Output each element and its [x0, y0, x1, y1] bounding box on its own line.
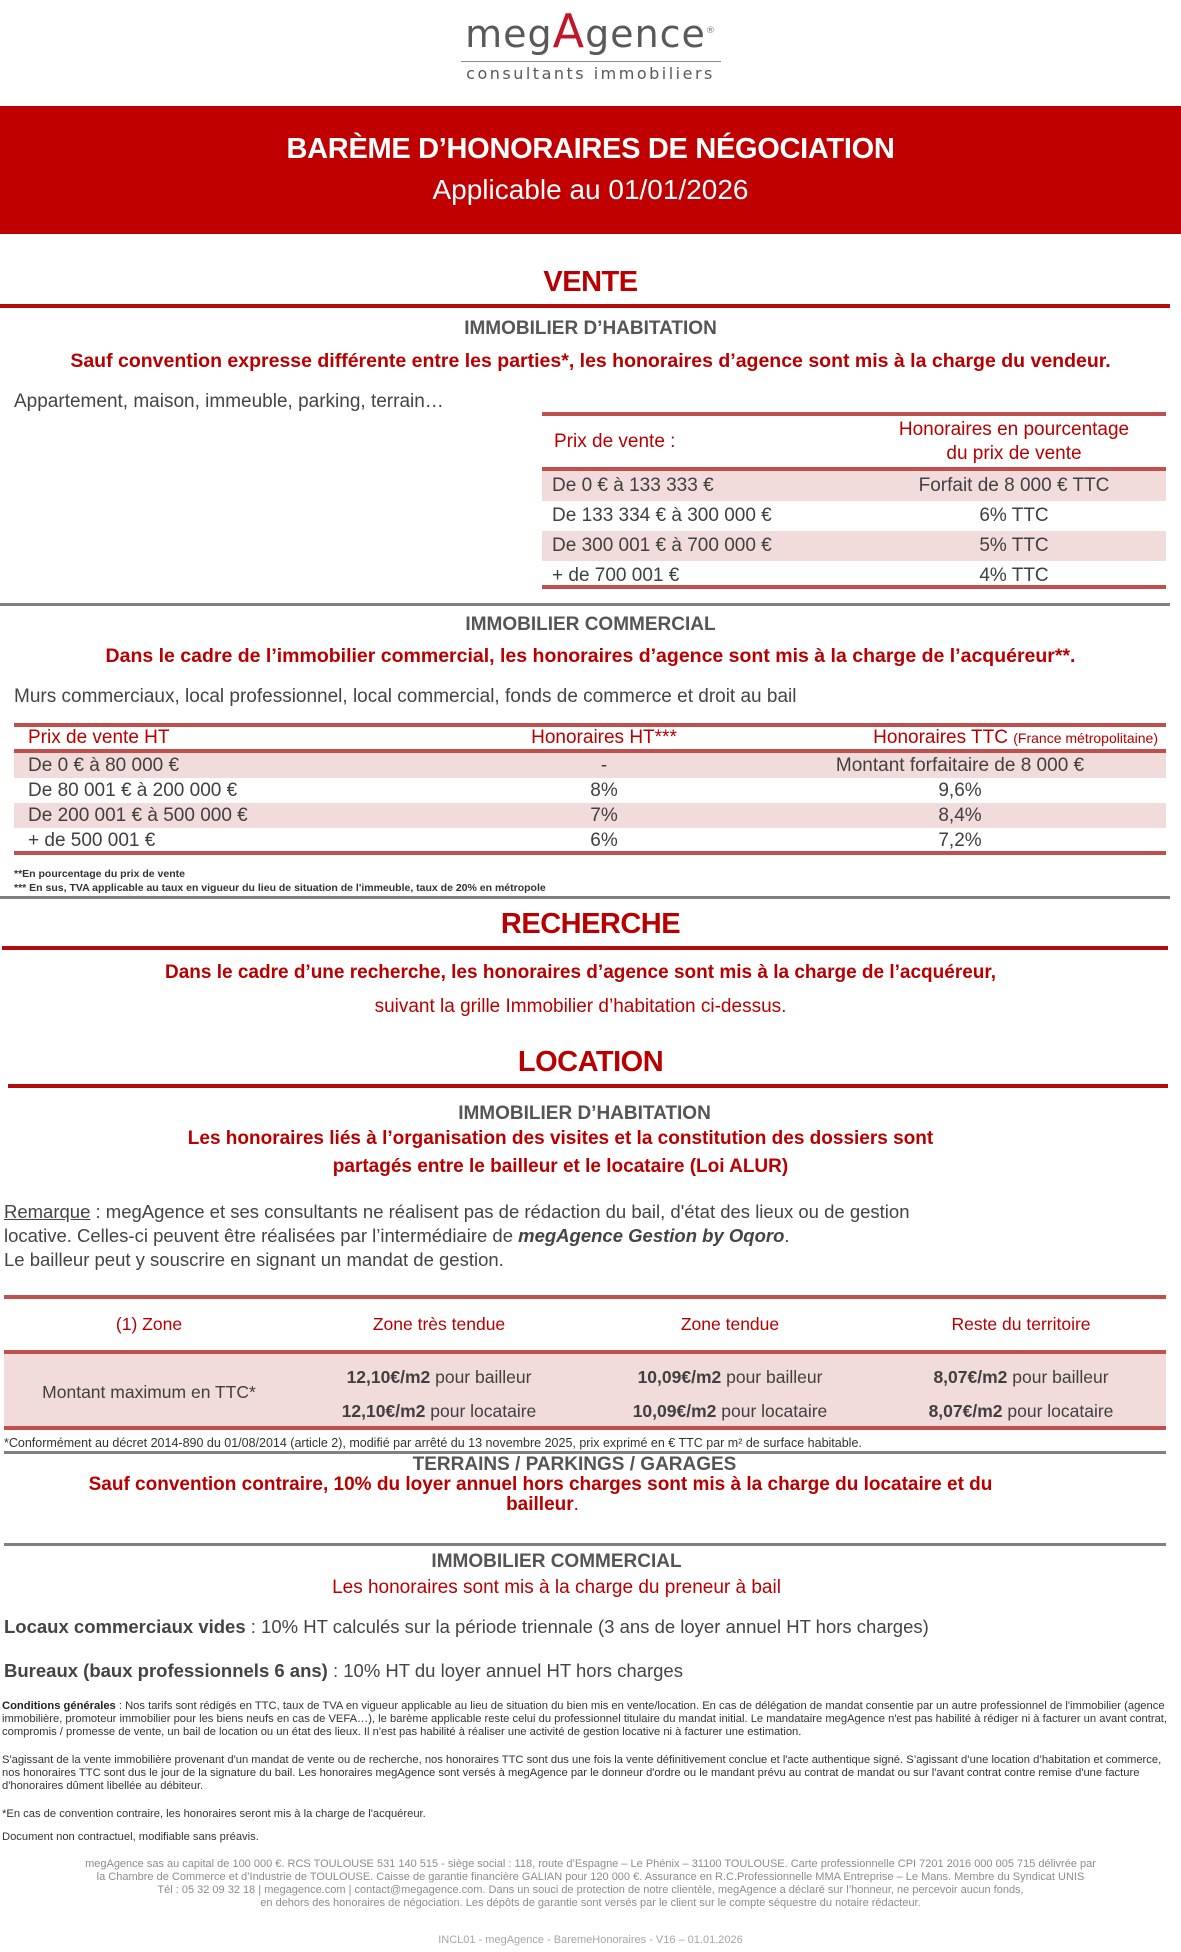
fee-ht: 6% [454, 828, 754, 853]
item-label: Bureaux (baux professionnels 6 ans) [4, 1660, 328, 1681]
fee-amount: 12,10€/m2 [342, 1401, 426, 1421]
remark-text: locative. Celles-ci peuvent être réalisé… [4, 1225, 518, 1246]
fee-amount: 12,10€/m2 [347, 1367, 431, 1387]
section-divider [2, 946, 1168, 950]
convention-note: *En cas de convention contraire, les hon… [2, 1808, 1180, 1821]
locataire-fee-zone2: 10,09€/m2 pour locataire [584, 1392, 876, 1430]
header-reste-territoire: Reste du territoire [876, 1299, 1166, 1350]
footnote-tva: *** En sus, TVA applicable au taux en vi… [14, 882, 546, 894]
table-row: De 80 001 € à 200 000 € 8% 9,6% [14, 778, 1166, 803]
fee-amount: 8,07€/m2 [933, 1367, 1007, 1387]
header-zone: (1) Zone [4, 1299, 294, 1350]
fee-ttc: 9,6% [754, 778, 1166, 803]
price-range: De 80 001 € à 200 000 € [14, 778, 454, 803]
table-row: + de 500 001 € 6% 7,2% [14, 828, 1166, 853]
fee-ttc: Montant forfaitaire de 8 000 € [754, 753, 1166, 778]
remark-label: Remarque [4, 1201, 90, 1222]
fee-value: 5% TTC [862, 531, 1166, 561]
company-line: Tél : 05 32 09 32 18 | megagence.com | c… [0, 1884, 1181, 1897]
table-row: De 0 € à 80 000 € - Montant forfaitaire … [14, 753, 1166, 778]
section-divider [4, 1543, 1166, 1546]
logo-tagline: consultants immobiliers [0, 64, 1181, 83]
remark-text: . [784, 1225, 789, 1246]
remark-text: : megAgence et ses consultants ne réalis… [90, 1201, 909, 1222]
section-divider [8, 1084, 1168, 1088]
fee-ttc: 8,4% [754, 803, 1166, 828]
header-fee-line1: Honoraires en pourcentage [899, 419, 1129, 440]
effective-date: Applicable au 01/01/2026 [0, 174, 1181, 206]
conditions-label: Conditions générales [2, 1700, 116, 1712]
fee-party: pour bailleur [1007, 1367, 1108, 1387]
header-fee-ttc-label: Honoraires TTC [873, 727, 1008, 748]
non-contractual-note: Document non contractuel, modifiable san… [2, 1831, 1180, 1844]
section-divider [0, 603, 1170, 606]
header-fee-ttc: Honoraires TTC (France métropolitaine) [754, 727, 1166, 749]
section-divider [0, 896, 1170, 899]
price-range: De 200 001 € à 500 000 € [14, 803, 454, 828]
location-fee-notice-line1: Les honoraires liés à l’organisation des… [0, 1128, 1151, 1150]
commercial-property-types: Murs commerciaux, local professionnel, l… [14, 686, 796, 708]
logo-divider [461, 61, 721, 62]
section-title-recherche: RECHERCHE [0, 908, 1181, 941]
recherche-notice-line2: suivant la grille Immobilier d’habitatio… [0, 996, 1171, 1018]
fee-value: 6% TTC [862, 501, 1166, 531]
company-line: en dehors des honoraires de négociation.… [0, 1897, 1181, 1910]
table-row: De 0 € à 133 333 € Forfait de 8 000 € TT… [542, 471, 1166, 501]
remark-text: Le bailleur peut y souscrire en signant … [4, 1249, 504, 1270]
locataire-fee-zone1: 12,10€/m2 pour locataire [294, 1392, 584, 1430]
price-range: + de 500 001 € [14, 828, 454, 853]
commercial-rental-item-vacant: Locaux commerciaux vides : 10% HT calcul… [4, 1616, 929, 1638]
bailleur-fee-zone1: 12,10€/m2 pour bailleur [294, 1354, 584, 1392]
commercial-rental-item-offices: Bureaux (baux professionnels 6 ans) : 10… [4, 1660, 683, 1682]
company-line: megAgence sas au capital de 100 000 €. R… [0, 1858, 1181, 1871]
section-title-vente: VENTE [0, 266, 1181, 299]
notice-text: bailleur [506, 1494, 574, 1515]
company-legal-info: megAgence sas au capital de 100 000 €. R… [0, 1858, 1181, 1910]
subsection-heading-commercial: IMMOBILIER COMMERCIAL [0, 614, 1181, 636]
commercial-rental-notice: Les honoraires sont mis à la charge du p… [0, 1577, 1147, 1599]
header-fee-ttc-note: (France métropolitaine) [1013, 730, 1158, 746]
table-row: De 133 334 € à 300 000 € 6% TTC [542, 501, 1166, 531]
bailleur-fee-zone3: 8,07€/m2 pour bailleur [876, 1354, 1166, 1392]
price-range: De 133 334 € à 300 000 € [542, 501, 862, 531]
header-fee-line2: du prix de vente [946, 443, 1081, 464]
fee-party: pour bailleur [721, 1367, 822, 1387]
price-range: De 300 001 € à 700 000 € [542, 531, 862, 561]
table-row: De 200 001 € à 500 000 € 7% 8,4% [14, 803, 1166, 828]
general-conditions: Conditions générales : Nos tarifs sont r… [2, 1700, 1180, 1739]
title-banner: BARÈME D’HONORAIRES DE NÉGOCIATION Appli… [0, 106, 1181, 234]
footnote-percentage: **En pourcentage du prix de vente [14, 868, 185, 880]
fee-party: pour locataire [716, 1401, 827, 1421]
fee-value: Forfait de 8 000 € TTC [862, 471, 1166, 501]
fee-ht: 7% [454, 803, 754, 828]
fee-amount: 10,09€/m2 [638, 1367, 722, 1387]
header-zone-tres-tendue: Zone très tendue [294, 1299, 584, 1350]
location-fee-notice-line2: partagés entre le bailleur et le locatai… [0, 1156, 1151, 1178]
section-title-location: LOCATION [0, 1046, 1181, 1079]
table-bottom-rule [14, 851, 1166, 855]
price-range: De 0 € à 133 333 € [542, 471, 862, 501]
gestion-brand-name: megAgence Gestion by Oqoro [518, 1225, 784, 1246]
subsection-heading-habitation: IMMOBILIER D’HABITATION [0, 1103, 1175, 1125]
fee-party: pour locataire [1003, 1401, 1114, 1421]
table-bottom-rule [4, 1426, 1166, 1430]
fee-ttc: 7,2% [754, 828, 1166, 853]
header-fee-ht: Honoraires HT*** [454, 727, 754, 749]
recherche-notice-line1: Dans le cadre d’une recherche, les honor… [0, 962, 1171, 984]
table-header-row: Prix de vente HT Honoraires HT*** Honora… [14, 727, 1166, 749]
table-row: De 300 001 € à 700 000 € 5% TTC [542, 531, 1166, 561]
logo-wordmark: megAgence® [0, 8, 1181, 57]
logo-accent-letter: A [553, 4, 585, 58]
locataire-fee-zone3: 8,07€/m2 pour locataire [876, 1392, 1166, 1430]
location-remark: Remarque : megAgence et ses consultants … [4, 1200, 909, 1272]
conditions-text: : Nos tarifs sont rédigés en TTC, taux d… [2, 1700, 1167, 1738]
property-types: Appartement, maison, immeuble, parking, … [14, 391, 444, 413]
notice-end: . [574, 1494, 579, 1515]
terrains-fee-notice-line1: Sauf convention contraire, 10% du loyer … [0, 1474, 1131, 1496]
document-reference: INCL01 - megAgence - BaremeHonoraires - … [0, 1934, 1181, 1946]
payment-terms: S'agissant de la vente immobilière prove… [2, 1754, 1180, 1793]
item-text: : 10% HT du loyer annuel HT hors charges [328, 1660, 683, 1681]
table-header-row: Prix de vente : Honoraires en pourcentag… [542, 416, 1166, 467]
subsection-heading-habitation: IMMOBILIER D’HABITATION [0, 318, 1181, 340]
rental-zone-table: (1) Zone Zone très tendue Zone tendue Re… [4, 1299, 1166, 1430]
section-divider [0, 304, 1170, 308]
subsection-heading-terrains: TERRAINS / PARKINGS / GARAGES [0, 1454, 1165, 1476]
price-range: De 0 € à 80 000 € [14, 753, 454, 778]
item-text: : 10% HT calculés sur la période trienna… [246, 1616, 929, 1637]
decree-footnote: *Conformément au décret 2014-890 du 01/0… [4, 1436, 862, 1450]
fee-party: pour locataire [425, 1401, 536, 1421]
subsection-heading-commercial: IMMOBILIER COMMERCIAL [0, 1551, 1147, 1573]
commercial-fee-table: Prix de vente HT Honoraires HT*** Honora… [14, 727, 1166, 853]
company-line: la Chambre de Commerce et d’Industrie de… [0, 1871, 1181, 1884]
habitation-fee-notice: Sauf convention expresse différente entr… [0, 350, 1181, 373]
commercial-fee-notice: Dans le cadre de l’immobilier commercial… [0, 645, 1181, 668]
fee-ht: 8% [454, 778, 754, 803]
terrains-fee-notice-line2: bailleur. [0, 1494, 1133, 1516]
table-row: Montant maximum en TTC* 12,10€/m2 pour b… [4, 1354, 1166, 1392]
habitation-fee-table: Prix de vente : Honoraires en pourcentag… [542, 416, 1166, 590]
table-header-row: (1) Zone Zone très tendue Zone tendue Re… [4, 1299, 1166, 1350]
header-zone-tendue: Zone tendue [584, 1299, 876, 1350]
table-bottom-rule [542, 585, 1166, 589]
fee-amount: 8,07€/m2 [929, 1401, 1003, 1421]
header-sale-price: Prix de vente : [542, 416, 862, 467]
row-label-max-amount: Montant maximum en TTC* [4, 1354, 294, 1430]
logo-suffix: gence [585, 12, 706, 56]
fee-party: pour bailleur [430, 1367, 531, 1387]
item-label: Locaux commerciaux vides [4, 1616, 246, 1637]
bailleur-fee-zone2: 10,09€/m2 pour bailleur [584, 1354, 876, 1392]
registered-mark: ® [706, 26, 716, 36]
logo-prefix: meg [465, 12, 553, 56]
company-logo: megAgence® consultants immobiliers [0, 8, 1181, 83]
header-sale-price-ht: Prix de vente HT [14, 727, 454, 749]
fee-amount: 10,09€/m2 [633, 1401, 717, 1421]
document-title: BARÈME D’HONORAIRES DE NÉGOCIATION [0, 133, 1181, 166]
header-fee-percent: Honoraires en pourcentage du prix de ven… [862, 416, 1166, 467]
fee-ht: - [454, 753, 754, 778]
